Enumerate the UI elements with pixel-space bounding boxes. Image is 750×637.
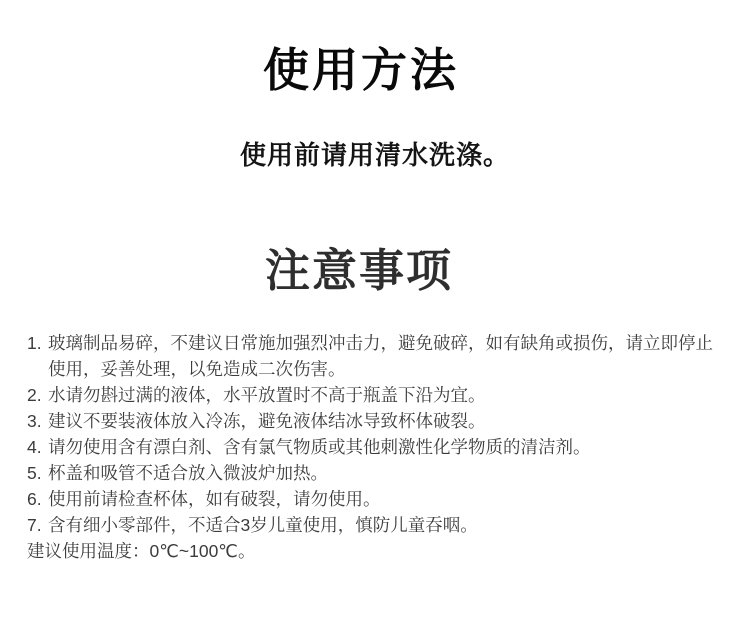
list-item: 7. 含有细小零部件，不适合3岁儿童使用，慎防儿童吞咽。 [27, 512, 720, 538]
usage-subtitle: 使用前请用清水洗涤。 [0, 140, 750, 170]
list-item: 6. 使用前请检查杯体，如有破裂，请勿使用。 [27, 486, 720, 512]
precautions-heading: 注意事项 [0, 247, 734, 295]
item-number: 6. [27, 486, 48, 512]
item-text: 含有细小零部件，不适合3岁儿童使用，慎防儿童吞咽。 [48, 512, 720, 538]
item-number: 4. [27, 434, 48, 460]
item-text: 使用前请检查杯体，如有破裂，请勿使用。 [48, 486, 720, 512]
list-item: 1. 玻璃制品易碎，不建议日常施加强烈冲击力，避免破碎，如有缺角或损伤，请立即停… [27, 330, 720, 382]
list-item: 4. 请勿使用含有漂白剂、含有氯气物质或其他刺激性化学物质的清洁剂。 [27, 434, 720, 460]
item-text: 水请勿斟过满的液体，水平放置时不高于瓶盖下沿为宜。 [48, 382, 720, 408]
list-item: 3. 建议不要装液体放入冷冻，避免液体结冰导致杯体破裂。 [27, 408, 720, 434]
usage-method-title: 使用方法 [0, 0, 736, 96]
temperature-note: 建议使用温度：0℃~100℃。 [0, 538, 750, 564]
item-text: 玻璃制品易碎，不建议日常施加强烈冲击力，避免破碎，如有缺角或损伤，请立即停止 使… [48, 330, 720, 382]
instruction-page: 使用方法 使用前请用清水洗涤。 注意事项 1. 玻璃制品易碎，不建议日常施加强烈… [0, 0, 750, 637]
list-item: 5. 杯盖和吸管不适合放入微波炉加热。 [27, 460, 720, 486]
item-text: 请勿使用含有漂白剂、含有氯气物质或其他刺激性化学物质的清洁剂。 [48, 434, 720, 460]
item-number: 7. [27, 512, 48, 538]
item-number: 1. [27, 330, 48, 356]
item-number: 2. [27, 382, 48, 408]
list-item: 2. 水请勿斟过满的液体，水平放置时不高于瓶盖下沿为宜。 [27, 382, 720, 408]
precautions-list: 1. 玻璃制品易碎，不建议日常施加强烈冲击力，避免破碎，如有缺角或损伤，请立即停… [0, 330, 750, 538]
item-number: 5. [27, 460, 48, 486]
item-number: 3. [27, 408, 48, 434]
item-text: 建议不要装液体放入冷冻，避免液体结冰导致杯体破裂。 [48, 408, 720, 434]
item-text: 杯盖和吸管不适合放入微波炉加热。 [48, 460, 720, 486]
